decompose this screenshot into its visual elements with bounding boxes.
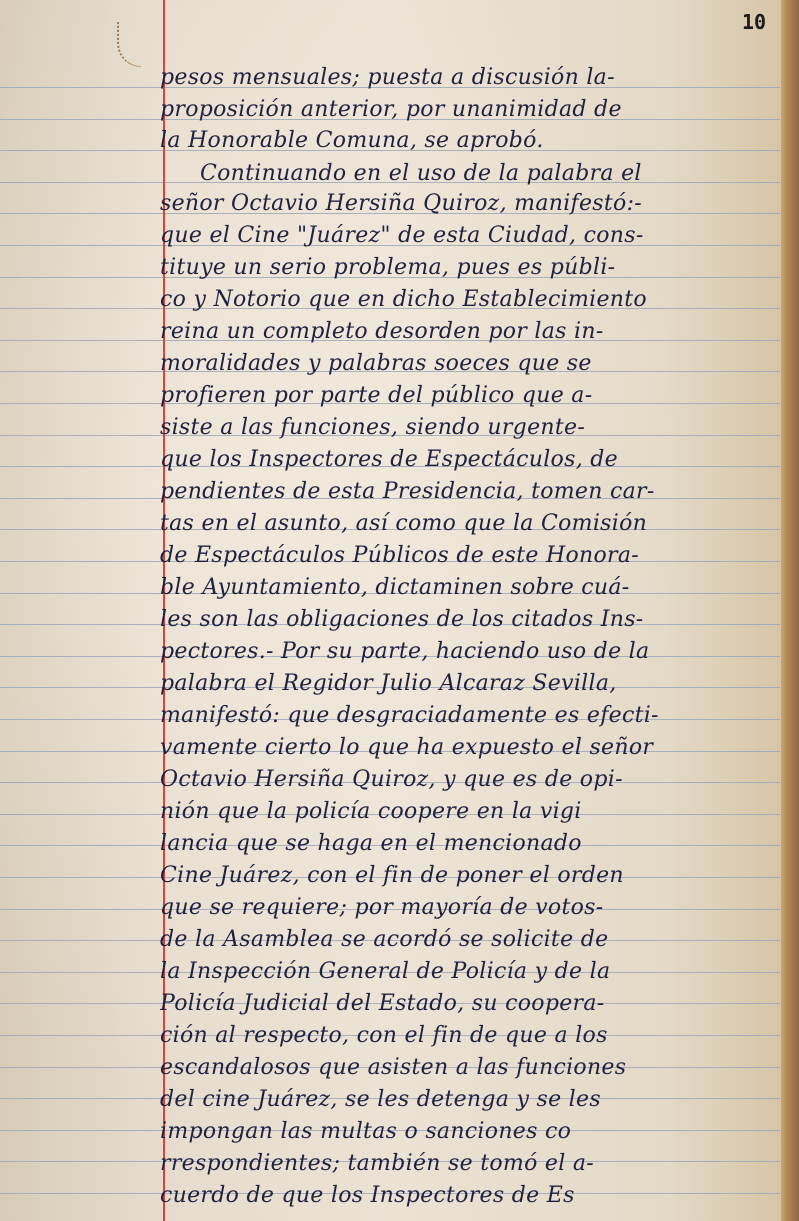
handwritten-line: de Espectáculos Públicos de este Honora-	[160, 540, 780, 571]
handwritten-line: moralidades y palabras soeces que se	[160, 348, 780, 379]
handwritten-line: escandalosos que asisten a las funciones	[160, 1052, 780, 1083]
handwritten-line: les son las obligaciones de los citados …	[160, 604, 780, 635]
handwritten-line: que se requiere; por mayoría de votos-	[160, 892, 780, 923]
handwritten-line: vamente cierto lo que ha expuesto el señ…	[160, 732, 780, 763]
ledger-page: 10 pesos mensuales; puesta a discusión l…	[0, 0, 784, 1221]
handwritten-line: ble Ayuntamiento, dictaminen sobre cuá-	[160, 572, 780, 603]
handwritten-line: nión que la policía coopere en la vigi	[160, 796, 780, 827]
handwritten-line: pesos mensuales; puesta a discusión la-	[160, 62, 780, 93]
handwritten-line: palabra el Regidor Julio Alcaraz Sevilla…	[160, 668, 780, 699]
handwritten-line: pectores.- Por su parte, haciendo uso de…	[160, 636, 780, 667]
handwritten-line: Cine Juárez, con el fin de poner el orde…	[160, 860, 780, 891]
handwritten-line: pendientes de esta Presidencia, tomen ca…	[160, 476, 780, 507]
handwritten-line: cuerdo de que los Inspectores de Es	[160, 1180, 780, 1211]
handwritten-line: rrespondientes; también se tomó el a-	[160, 1148, 780, 1179]
handwritten-line: ción al respecto, con el fin de que a lo…	[160, 1020, 780, 1051]
handwritten-line: Policía Judicial del Estado, su coopera-	[160, 988, 780, 1019]
handwritten-line: del cine Juárez, se les detenga y se les	[160, 1084, 780, 1115]
handwritten-line-indented: Continuando en el uso de la palabra el	[160, 158, 799, 189]
handwritten-line: lancia que se haga en el mencionado	[160, 828, 780, 859]
handwritten-line: de la Asamblea se acordó se solicite de	[160, 924, 780, 955]
handwritten-line: proposición anterior, por unanimidad de	[160, 94, 780, 125]
handwritten-line: profieren por parte del público que a-	[160, 380, 780, 411]
handwritten-line: co y Notorio que en dicho Establecimient…	[160, 284, 780, 315]
ink-stain	[117, 22, 141, 67]
page-edge	[781, 0, 799, 1221]
handwritten-line: que los Inspectores de Espectáculos, de	[160, 444, 780, 475]
handwritten-line: Octavio Hersiña Quiroz, y que es de opi-	[160, 764, 780, 795]
handwritten-line: tas en el asunto, así como que la Comisi…	[160, 508, 780, 539]
handwritten-line: tituye un serio problema, pues es públi-	[160, 252, 780, 283]
handwritten-line: impongan las multas o sanciones co	[160, 1116, 780, 1147]
handwritten-line: la Honorable Comuna, se aprobó.	[160, 125, 780, 156]
handwritten-line: que el Cine "Juárez" de esta Ciudad, con…	[160, 220, 780, 251]
handwritten-line: reina un completo desorden por las in-	[160, 316, 780, 347]
handwritten-line: siste a las funciones, siendo urgente-	[160, 412, 780, 443]
handwritten-line: manifestó: que desgraciadamente es efect…	[160, 700, 780, 731]
handwritten-line: la Inspección General de Policía y de la	[160, 956, 780, 987]
handwritten-line: señor Octavio Hersiña Quiroz, manifestó:…	[160, 188, 780, 219]
page-number: 10	[742, 10, 766, 34]
